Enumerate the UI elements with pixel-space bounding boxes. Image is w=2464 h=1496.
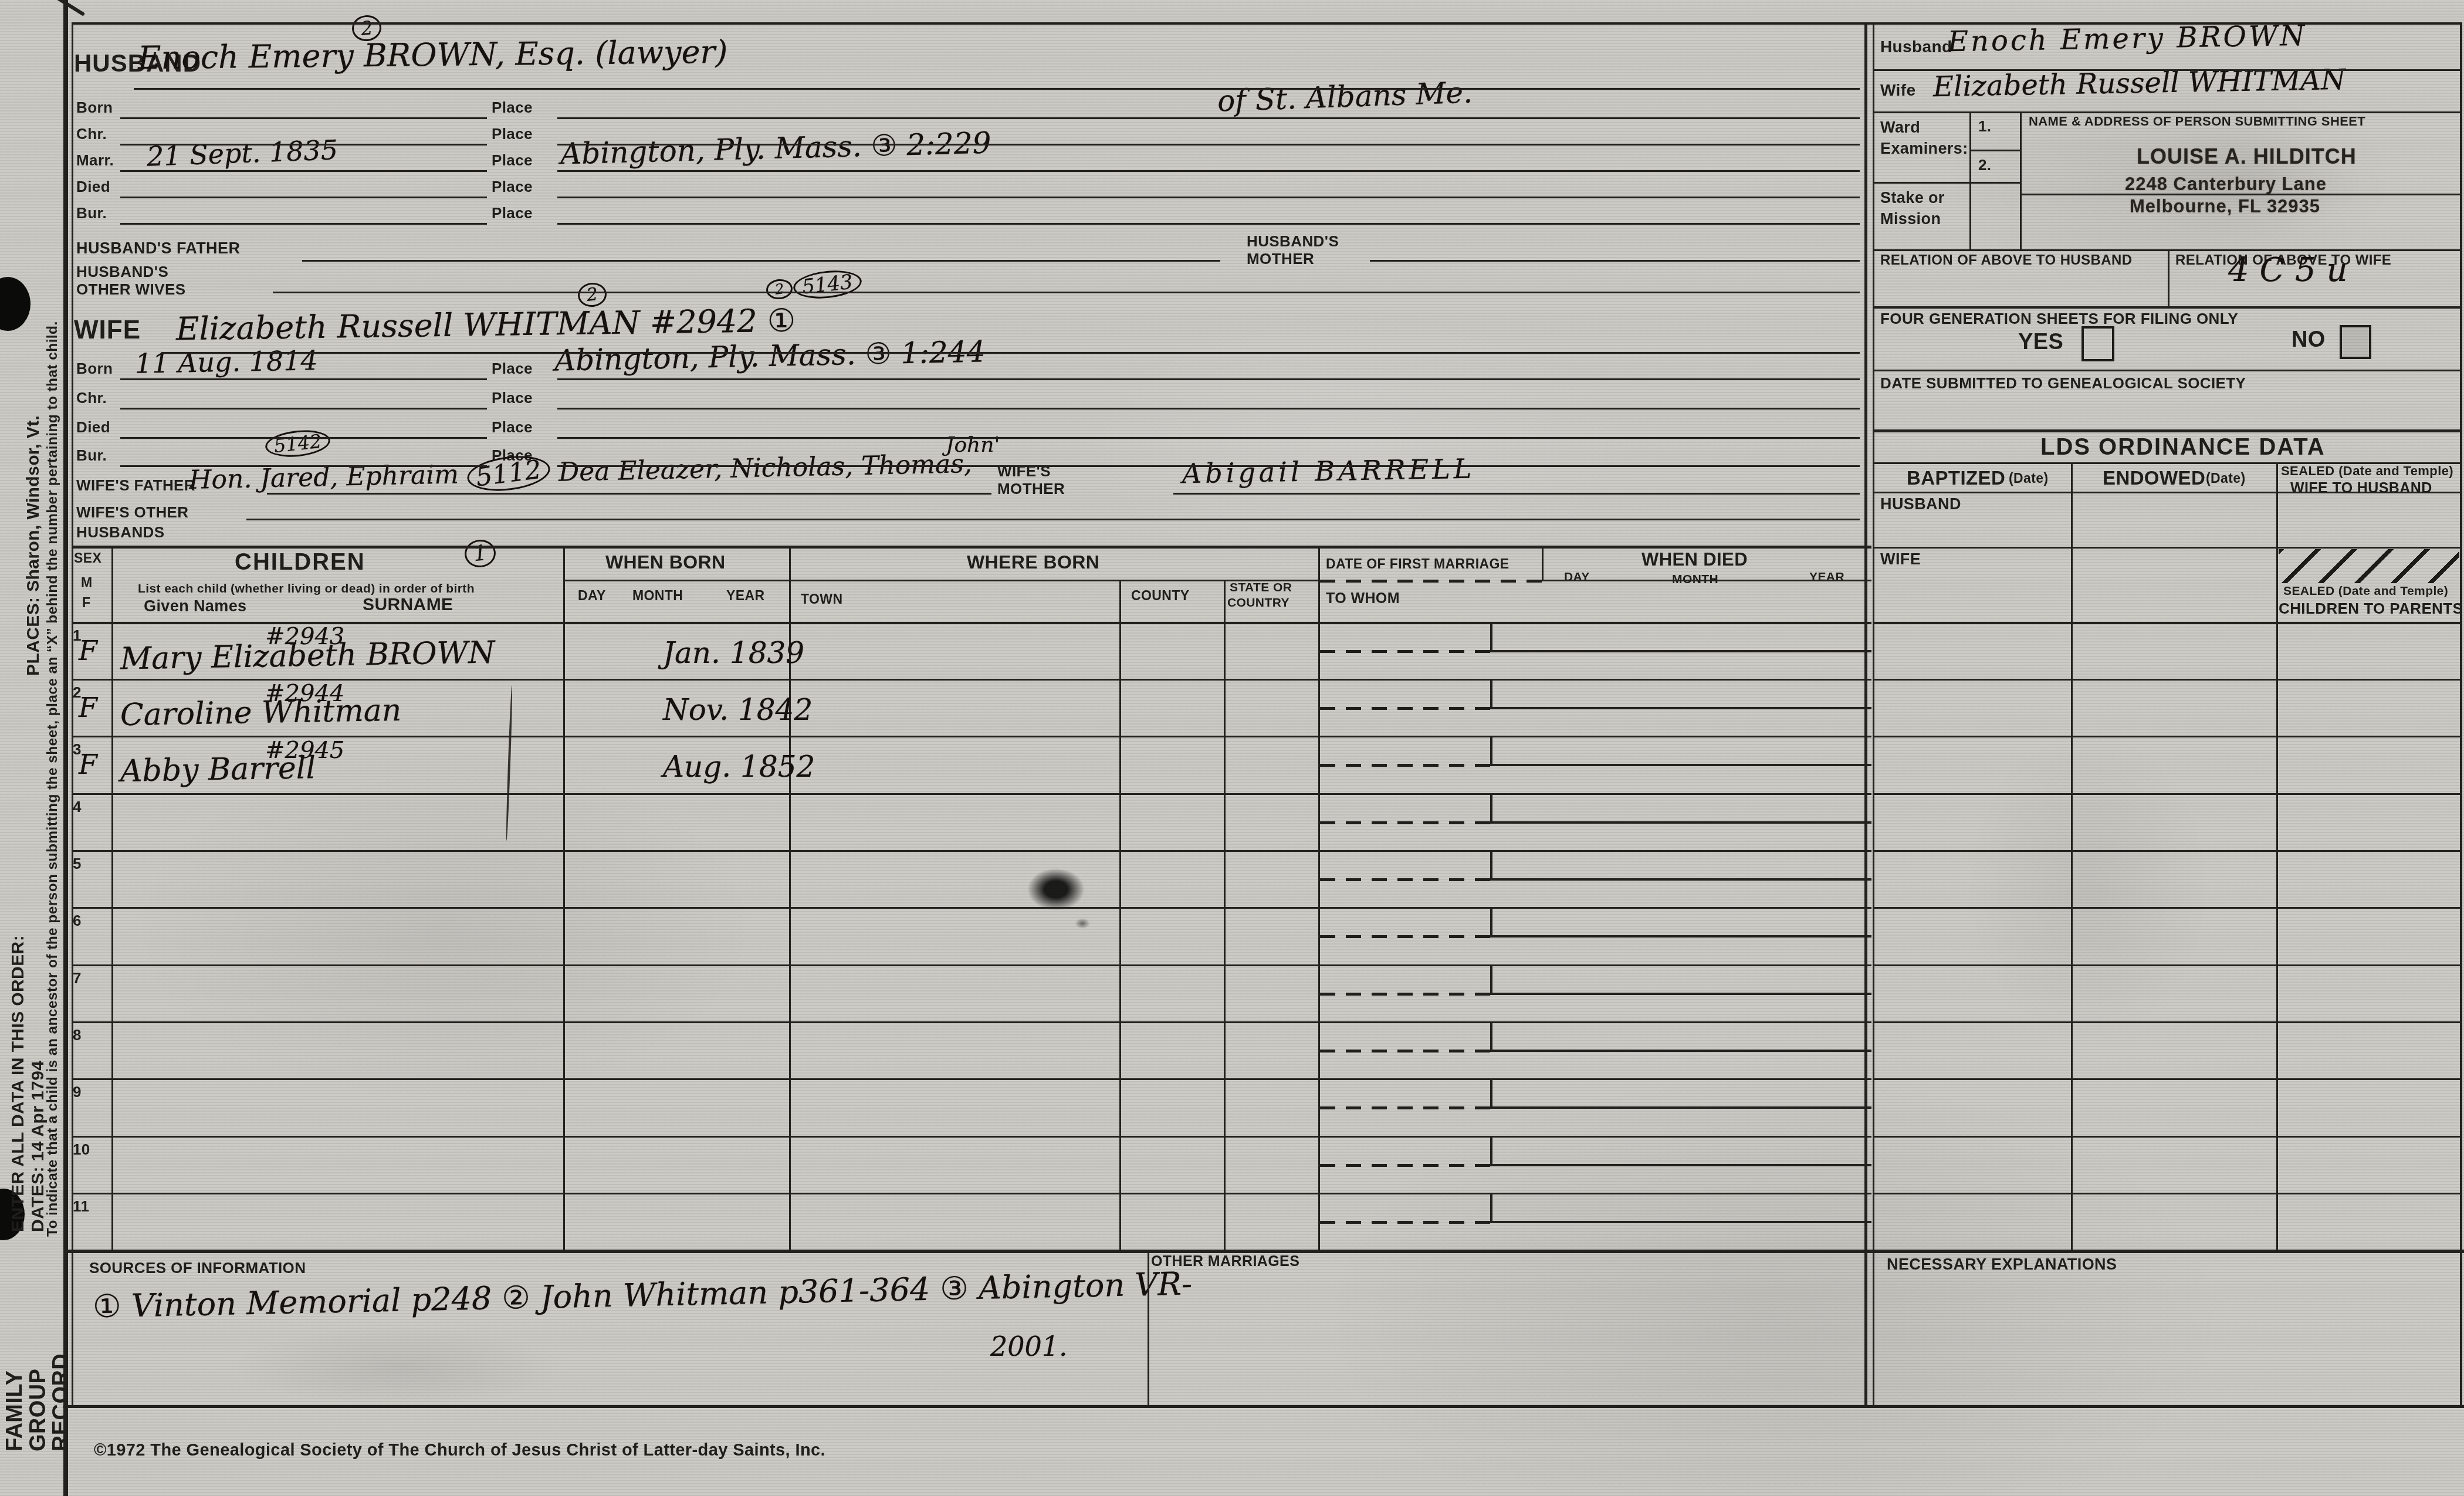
row-died-box [1490,707,1871,709]
rule [1148,1250,1149,1405]
rule [1969,150,2020,151]
ward-examiners-label: Ward [1880,119,1920,137]
row-number: 5 [73,855,82,873]
sex-column-header: SEX [74,550,101,566]
sealed-children-header: SEALED (Date and Temple) [2283,584,2448,598]
rule [63,0,68,1496]
rule [557,170,1860,172]
husband-other-wives-label: OTHER WIVES [76,280,185,299]
rule [1873,306,2460,309]
first-marriage-dashed-rule [1320,580,1542,583]
place-label: Place [492,178,533,196]
row-died-box [1490,1106,1871,1109]
row-died-box [1490,623,1492,651]
rule [1370,260,1860,262]
rule [557,144,1860,145]
table-row-rule [72,850,1871,852]
husband-mother-label: MOTHER [1247,250,1314,268]
row-died-box [1490,908,1492,936]
row-number: 7 [73,969,82,987]
wife-mother-label: MOTHER [997,480,1065,498]
date-submitted-label: DATE SUBMITTED TO GENEALOGICAL SOCIETY [1880,374,2246,392]
town-header: TOWN [801,591,842,607]
rule [1542,546,1544,580]
rule [2460,22,2462,1408]
wife-born-date-handwriting: 11 Aug. 1814 [135,344,319,379]
table-row-rule [72,907,1871,909]
table-row-rule [72,1078,1871,1080]
wife-other-husbands-label: HUSBANDS [76,523,165,541]
row-died-box [1490,1221,1871,1223]
sources-label: SOURCES OF INFORMATION [89,1259,306,1277]
surname-header: SURNAME [363,595,453,615]
ordinance-row-rule [1873,850,2460,852]
row-died-box [1490,737,1492,765]
examiner-2-label: 2. [1978,156,1991,174]
form-title-line: RECORD [50,1316,73,1451]
table-row-rule [72,964,1871,966]
sealed-children-hatch [2279,549,2459,583]
rule [72,546,1871,549]
row-died-box [1490,878,1871,881]
margin-order-line1: ENTER ALL DATA IN THIS ORDER: [8,810,28,1232]
place-label: Place [492,99,533,117]
rule [557,223,1860,225]
rule [1542,580,1871,581]
rule [120,170,487,172]
row-marriage-dashed-rule [1320,764,1490,767]
ordinance-row-rule [1873,964,2460,966]
row-child-name: Abby Barrell [120,750,316,789]
endowed-date-header: (Date) [2206,471,2246,486]
row-marriage-dashed-rule [1320,1164,1490,1167]
scan-mark [505,685,513,841]
row-number: 8 [73,1026,82,1044]
husband-born-label: Born [76,99,113,117]
rule [72,22,2460,25]
rule [557,197,1860,198]
no-checkbox [2340,325,2371,359]
rule [557,408,1860,409]
row-number: 10 [73,1140,90,1159]
row-died-box [1490,993,1871,995]
place-label: Place [492,360,533,378]
wife-father-label: WIFE'S FATHER [76,476,195,495]
row-born-date: Jan. 1839 [663,636,804,670]
died-day-header: DAY [1564,570,1590,584]
children-column-header: CHILDREN [235,549,365,576]
row-marriage-dashed-rule [1320,707,1490,710]
endowed-header: ENDOWED [2103,467,2205,489]
husband-bur-label: Bur. [76,204,107,222]
rule [120,378,487,380]
form-title-line: GROUP [27,1316,50,1451]
wife-label: WIFE [74,316,141,345]
table-row-rule [72,1193,1871,1194]
rp-husband-name-handwriting: Enoch Emery BROWN [1948,19,2307,59]
when-died-header: WHEN DIED [1641,549,1748,570]
row-number: 4 [73,798,82,816]
row-marriage-dashed-rule [1320,650,1490,653]
rule [273,292,1860,293]
relation-wife-value-handwriting: 4 C 5 u [2228,251,2348,289]
row-died-box [1490,1050,1871,1052]
submitter-city-stamp: Melbourne, FL 32935 [2130,196,2320,217]
rule [111,546,113,1250]
rule [1864,22,1867,1408]
row-died-box [1490,1164,1871,1166]
rule [63,1405,2464,1408]
died-year-header: YEAR [1809,570,1844,584]
husband-name-annotation: 2 [352,15,381,41]
wife-other-husbands-label: WIFE'S OTHER [76,503,189,522]
row-marriage-dashed-rule [1320,1106,1490,1109]
rule [2020,111,2022,249]
submitter-header: NAME & ADDRESS OF PERSON SUBMITTING SHEE… [2029,114,2365,129]
husband-marr-label: Marr. [76,151,114,170]
ink-blot [1018,861,1094,918]
rule [302,260,1220,262]
form-title: FAMILY GROUP RECORD [4,1316,73,1451]
husband-residence-handwriting: of St. Albans Me. [1217,75,1473,118]
row-died-box [1490,1023,1492,1051]
row-marriage-dashed-rule [1320,1221,1490,1224]
rule [134,88,1860,90]
where-born-header: WHERE BORN [967,551,1099,573]
rule [1873,249,2460,251]
place-label: Place [492,125,533,143]
when-born-header: WHEN BORN [605,551,725,573]
row-child-name: Mary Elizabeth BROWN [120,635,496,676]
first-marriage-header: DATE OF FIRST MARRIAGE [1326,556,1509,572]
row-died-box [1490,1194,1492,1222]
margin-places-note: PLACES: Sharon, Windsor, Vt. [23,347,43,676]
submitter-name-stamp: LOUISE A. HILDITCH [2137,144,2357,169]
row-died-box [1490,680,1492,708]
sources-handwriting: 2001. [990,1331,1068,1362]
children-header-annotation: 1 [465,540,496,567]
ordinance-row-rule [1873,679,2460,681]
row-number: 6 [73,912,82,930]
rule [1873,370,2460,371]
ward-examiners-label: Examiners: [1880,140,1968,158]
copyright-line: ©1972 The Genealogical Society of The Ch… [94,1441,825,1460]
rule [120,465,487,467]
row-number: 9 [73,1083,82,1101]
ordinance-row-rule [1873,1021,2460,1023]
row-marriage-dashed-rule [1320,878,1490,881]
rule [267,493,991,495]
row-sex: F [79,749,97,780]
rule [1873,429,2460,432]
lds-husband-row-label: HUSBAND [1880,495,1961,513]
row-died-box [1490,851,1492,879]
rule [1873,492,2460,493]
row-born-date: Aug. 1852 [663,750,815,784]
family-group-record-scan: To indicate that a child is an ancestor … [0,0,2464,1496]
rule [557,378,1860,380]
examiner-1-label: 1. [1978,117,1991,136]
husband-marr-place-handwriting: Abington, Ply. Mass. ③ 2:229 [560,126,991,171]
husband-died-label: Died [76,178,110,196]
row-died-box [1490,1079,1492,1108]
rule [557,117,1860,119]
yes-label: YES [2018,330,2063,355]
month-header: MONTH [632,588,683,604]
row-died-box [1490,821,1871,824]
lds-wife-row-label: WIFE [1880,550,1921,568]
yes-checkbox [2081,326,2114,361]
row-marriage-dashed-rule [1320,993,1490,996]
rp-wife-label: Wife [1880,81,1915,100]
baptized-date-header: (Date) [2009,471,2049,486]
given-names-header: Given Names [144,597,246,615]
ordinance-row-rule [1873,907,2460,909]
ordinance-row-rule [1873,1078,2460,1080]
rule [1873,547,2460,549]
rule [161,352,1860,354]
place-label: Place [492,204,533,222]
to-whom-header: TO WHOM [1326,590,1400,607]
husband-name-handwriting: Enoch Emery BROWN, Esq. (lawyer) [138,33,728,77]
scan-smudge [176,1314,622,1420]
sex-m-header: M [81,575,93,591]
wife-died-label: Died [76,418,110,436]
rule [120,223,487,225]
rule [557,437,1860,439]
year-header: YEAR [726,588,765,604]
row-died-box [1490,1137,1492,1165]
row-number: 11 [73,1197,89,1216]
day-header: DAY [578,588,606,604]
place-label: Place [492,151,533,170]
husband-mother-label: HUSBAND'S [1247,232,1339,251]
rule [120,117,487,119]
table-row-rule [72,793,1871,795]
rule [563,580,1318,581]
row-sex: F [79,692,97,723]
wife-father-annotation: 5112 [465,452,552,495]
ordinance-row-rule [1873,793,2460,795]
wife-chr-label: Chr. [76,389,107,407]
margin-order-line2: DATES: 14 Apr 1794 [28,810,48,1232]
rule [2276,462,2278,1250]
table-row-rule [72,1136,1871,1138]
lds-ordinance-title: LDS ORDINANCE DATA [2040,434,2326,461]
row-marriage-dashed-rule [1320,1050,1490,1052]
form-title-line: FAMILY [4,1316,27,1451]
sex-f-header: F [82,595,90,611]
row-child-name: Caroline Whitman [120,693,402,733]
four-generation-label: FOUR GENERATION SHEETS FOR FILING ONLY [1880,310,2238,328]
relation-husband-label: RELATION OF ABOVE TO HUSBAND [1880,252,2132,269]
punch-hole [0,277,31,331]
ordinance-row-rule [1873,1193,2460,1194]
husband-other-wives-label: HUSBAND'S [76,263,168,281]
rule [120,197,487,198]
rule [120,437,487,439]
wife-bur-annotation: 5142 [265,431,330,456]
state-header: COUNTRY [1227,596,1289,610]
ink-blot [1072,916,1092,930]
state-header: STATE OR [1230,581,1292,595]
rule [1873,69,2460,71]
row-marriage-dashed-rule [1320,935,1490,938]
rule [1969,111,1971,249]
wife-name-annotation: 2 [766,279,793,299]
row-died-box [1490,650,1871,652]
husband-marr-date-handwriting: 21 Sept. 1835 [146,134,339,172]
wife-bur-label: Bur. [76,446,107,465]
rule [563,546,565,1250]
row-died-box [1490,966,1492,994]
rule [1873,622,2460,624]
ordinance-row-rule [1873,736,2460,737]
stake-mission-label: Stake or [1880,189,1945,207]
rule [1873,22,1874,1408]
necessary-explanations-label: NECESSARY EXPLANATIONS [1887,1255,2117,1274]
wife-father-value: Dea Eleazer, Nicholas, Thomas, [550,449,972,488]
place-label: Place [492,418,533,436]
rule [1173,493,1860,495]
row-died-box [1490,764,1871,766]
row-born-date: Nov. 1842 [663,693,813,727]
row-marriage-dashed-rule [1320,821,1490,824]
sealed-wife-header: SEALED (Date and Temple) [2281,463,2453,479]
rule [246,519,1860,520]
wife-born-label: Born [76,360,113,378]
wife-name-annotation: 5143 [793,271,862,298]
rule [2168,249,2169,306]
row-sex: F [79,635,97,666]
rule [120,144,487,145]
row-died-box [1490,935,1871,937]
rule [2071,462,2073,1250]
rule [2020,194,2460,195]
stake-mission-label: Mission [1880,210,1941,228]
rule [63,1250,2464,1253]
row-died-box [1490,794,1492,823]
children-note: List each child (whether living or dead)… [138,582,475,596]
wife-name-annotation: 2 [578,283,607,307]
other-marriages-label: OTHER MARRIAGES [1151,1253,1299,1270]
husband-father-label: HUSBAND'S FATHER [76,239,240,258]
sealed-children-header: CHILDREN TO PARENTS [2279,600,2463,618]
ordinance-row-rule [1873,1136,2460,1138]
table-row-rule [72,1021,1871,1023]
margin-order-note: ENTER ALL DATA IN THIS ORDER: DATES: 14 … [8,810,48,1232]
wife-mother-handwriting: Abigail BARRELL [1182,453,1475,490]
rule [1873,462,2460,464]
place-label: Place [492,389,533,407]
no-label: NO [2292,327,2326,353]
county-header: COUNTY [1131,588,1190,604]
rule [1873,111,2460,113]
baptized-header: BAPTIZED [1907,467,2005,489]
husband-chr-label: Chr. [76,125,107,143]
rule [1873,182,2020,184]
scan-smudge [1924,675,2253,1097]
rule [120,408,487,409]
submitter-street-stamp: 2248 Canterbury Lane [2125,174,2327,195]
rule [557,465,1860,467]
sealed-wife-header: WIFE TO HUSBAND [2290,480,2432,497]
rp-husband-label: Husband [1880,38,1952,56]
